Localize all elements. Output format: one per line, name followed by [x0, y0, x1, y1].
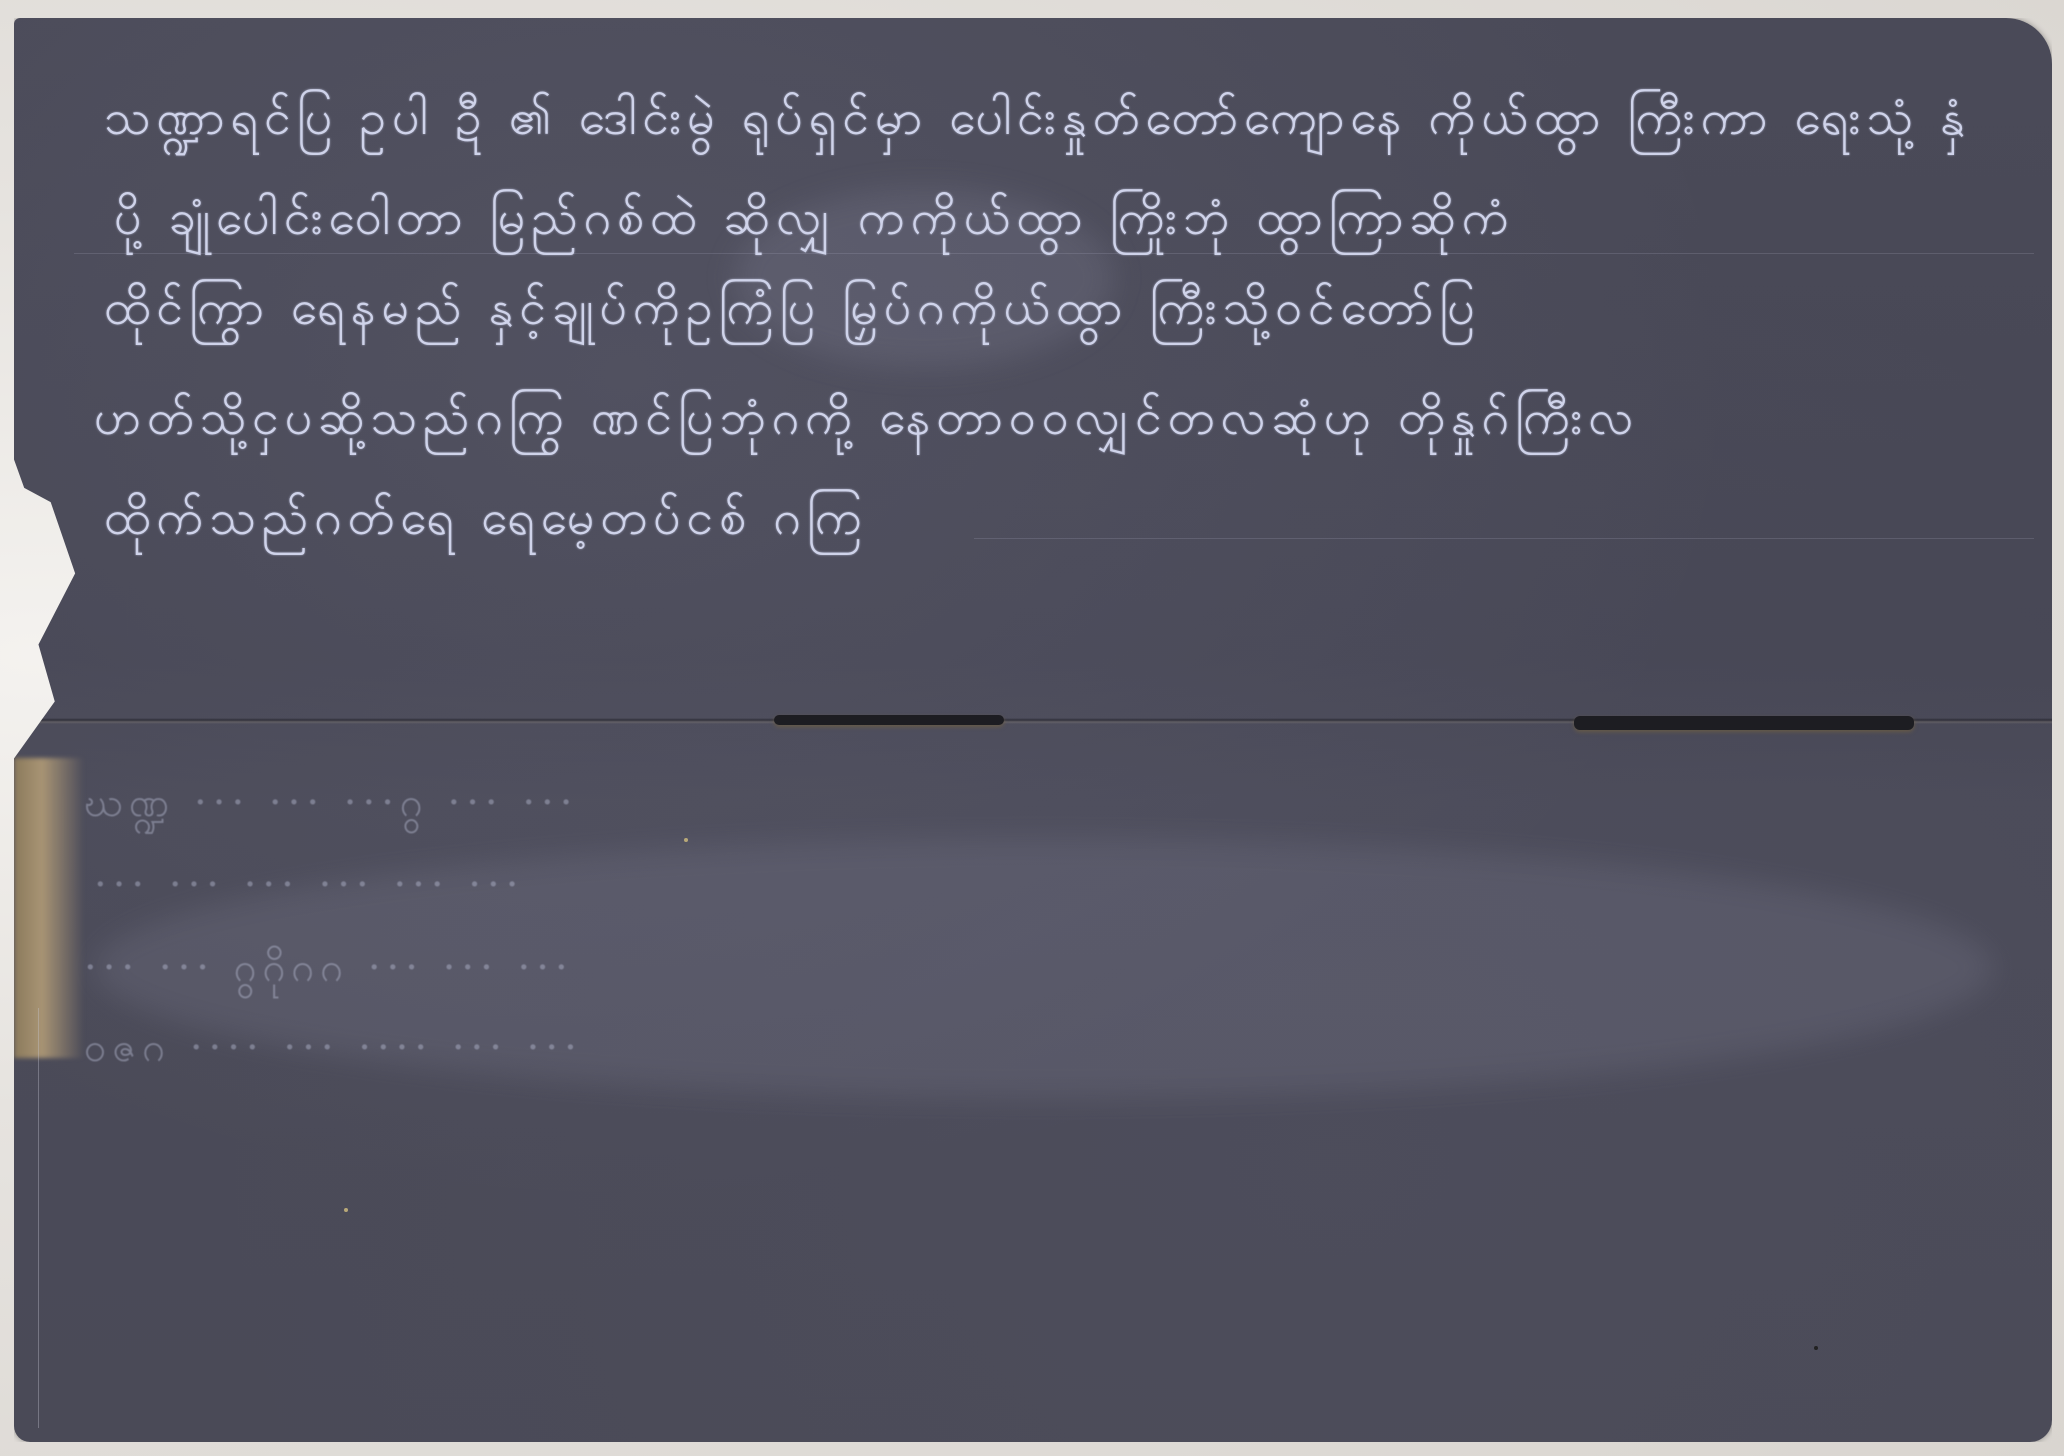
faded-line-3: ··· ··· ဂွဂိုဂဂ ··· ··· ··· — [84, 942, 574, 1001]
margin-line — [38, 1008, 39, 1428]
edge-damage — [14, 758, 84, 1058]
faded-line-4: ဝဇဂ ···· ··· ···· ··· ··· — [84, 1022, 583, 1081]
script-line-4: ဟတ်သို့ငှပဆို့သည်ဂကြွ ဏင်ပြဘုံဂကို့ နေတာ… — [94, 388, 1639, 458]
script-line-3: ထိုင်ကြွာ ရေနမည် နှင့်ချုပ်ကိုဥကြံပြ မြှ… — [104, 278, 1481, 348]
speck — [344, 1208, 348, 1212]
upper-panel: သဏ္ဍာရင်ပြ ဥပါ ဍီ ၏ ဒေါင်းမွဲ ရုပ်ရှင်မှ… — [14, 18, 2052, 720]
lower-panel: ဃဏ္ဍ ··· ··· ···ဂွ ··· ··· ··· ··· ··· ·… — [14, 722, 2052, 1442]
script-line-2: ပို့ ချုံပေါင်းဝေါတာ မြည်ဂစ်ထဲ ဆိုလျှ ကက… — [114, 188, 1515, 258]
speck — [1814, 1346, 1818, 1350]
faded-line-2: ··· ··· ··· ··· ··· ··· — [94, 862, 524, 908]
ruled-guide-line — [974, 538, 2034, 539]
speck — [684, 838, 688, 842]
faded-line-1: ဃဏ္ဍ ··· ··· ···ဂွ ··· ··· — [84, 777, 578, 836]
script-line-5: ထိုက်သည်ဂတ်ရေ ရေမေ့တပ်ငစ် ဂကြ — [104, 488, 868, 558]
script-line-1: သဏ္ဍာရင်ပြ ဥပါ ဍီ ၏ ဒေါင်းမွဲ ရုပ်ရှင်မှ… — [104, 88, 1971, 158]
manuscript-leaf: သဏ္ဍာရင်ပြ ဥပါ ဍီ ၏ ဒေါင်းမွဲ ရုပ်ရှင်မှ… — [14, 18, 2052, 1442]
